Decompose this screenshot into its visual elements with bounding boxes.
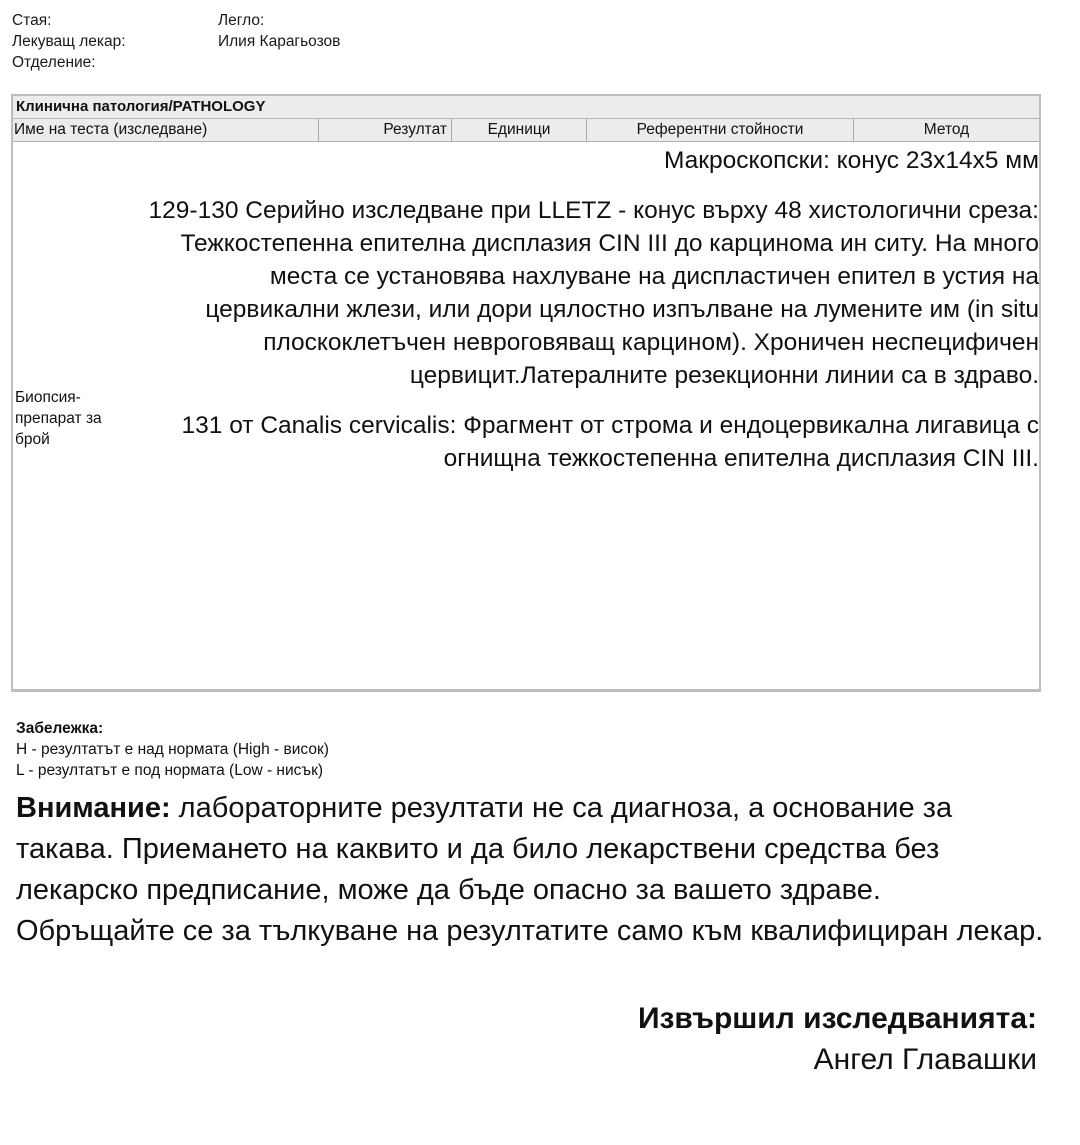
section-title: Клинична патология/PATHOLOGY bbox=[13, 96, 1039, 119]
notes-title: Забележка: bbox=[16, 718, 329, 739]
column-header-test-name: Име на теста (изследване) bbox=[13, 119, 319, 141]
column-header-reference: Референтни стойности bbox=[587, 119, 854, 141]
column-headers: Име на теста (изследване) Резултат Едини… bbox=[13, 119, 1039, 142]
bed-label: Легло: bbox=[218, 10, 264, 31]
patient-info: Стая: Легло: Лекуващ лекар: Илия Карагьо… bbox=[12, 10, 340, 73]
meta-row-doctor: Лекуващ лекар: Илия Карагьозов bbox=[12, 31, 340, 52]
result-paragraph-serial: 129-130 Серийно изследване при LLETZ - к… bbox=[139, 194, 1039, 392]
warning-label: Внимание: bbox=[16, 792, 171, 824]
warning-text: Внимание: лабораторните резултати не са … bbox=[16, 788, 1046, 952]
doctor-value: Илия Карагьозов bbox=[218, 31, 340, 52]
notes: Забележка: H - резултатът е над нормата … bbox=[16, 718, 329, 781]
note-low: L - резултатът е под нормата (Low - нисъ… bbox=[16, 760, 329, 781]
test-name: Биопсия-препарат за брой bbox=[15, 387, 105, 450]
column-header-units: Единици bbox=[452, 119, 587, 141]
signature: Извършил изследванията: Ангел Главашки bbox=[638, 998, 1037, 1080]
test-result: Макроскопски: конус 23x14x5 мм 129-130 С… bbox=[139, 144, 1039, 492]
room-label: Стая: bbox=[12, 10, 218, 31]
note-high: H - резултатът е над нормата (High - вис… bbox=[16, 739, 329, 760]
column-header-result: Резултат bbox=[319, 119, 452, 141]
result-paragraph-macroscopic: Макроскопски: конус 23x14x5 мм bbox=[139, 144, 1039, 177]
column-header-method: Метод bbox=[854, 119, 1039, 141]
department-label: Отделение: bbox=[12, 52, 218, 73]
doctor-label: Лекуващ лекар: bbox=[12, 31, 218, 52]
meta-row-department: Отделение: bbox=[12, 52, 340, 73]
warning-body: лабораторните резултати не са диагноза, … bbox=[16, 792, 1043, 947]
pathology-report-table: Клинична патология/PATHOLOGY Име на тест… bbox=[11, 94, 1041, 692]
table-row: Биопсия-препарат за брой Макроскопски: к… bbox=[13, 142, 1039, 692]
meta-row-room-bed: Стая: Легло: bbox=[12, 10, 340, 31]
signature-name: Ангел Главашки bbox=[638, 1039, 1037, 1080]
signature-label: Извършил изследванията: bbox=[638, 998, 1037, 1039]
result-paragraph-canalis: 131 от Canalis cervicalis: Фрагмент от с… bbox=[139, 409, 1039, 475]
